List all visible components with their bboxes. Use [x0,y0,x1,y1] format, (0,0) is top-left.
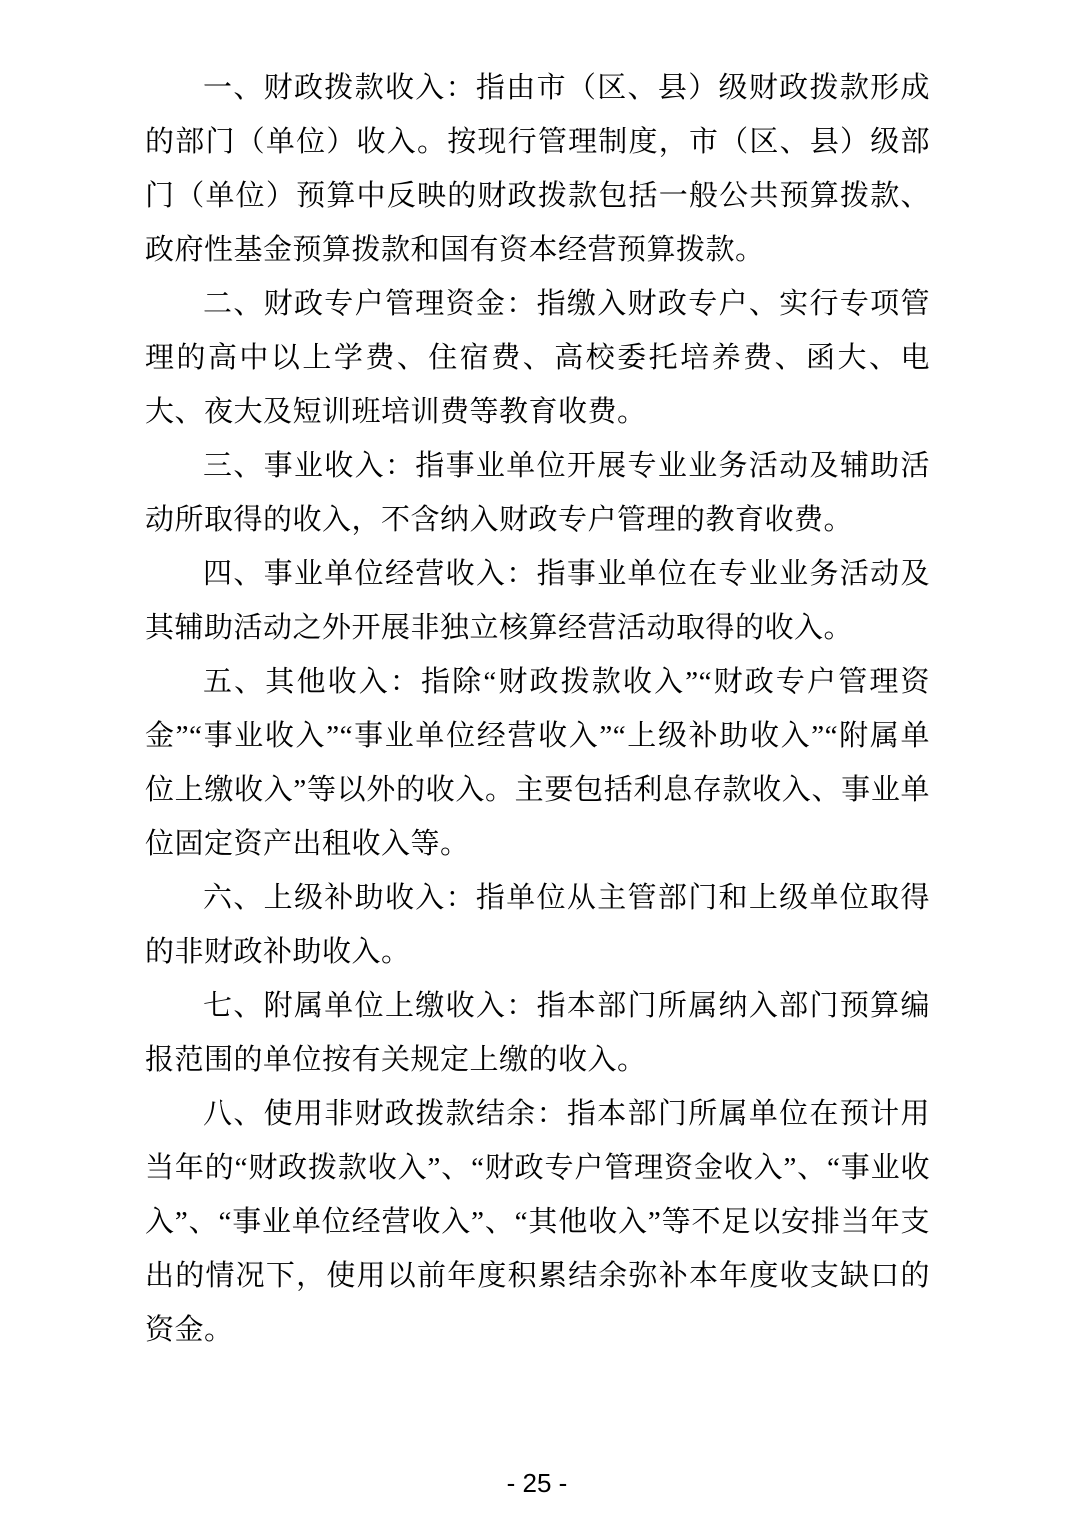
paragraph-7-affiliated-unit-remitted-income: 七、附属单位上缴收入：指本部门所属纳入部门预算编报范围的单位按有关规定上缴的收入… [145,979,930,1087]
paragraph-1-fiscal-appropriation-income: 一、财政拨款收入：指由市（区、县）级财政拨款形成的部门（单位）收入。按现行管理制… [145,61,930,277]
paragraph-5-other-income: 五、其他收入：指除“财政拨款收入”“财政专户管理资金”“事业收入”“事业单位经营… [145,655,930,871]
paragraph-8-use-of-non-fiscal-appropriation-surplus: 八、使用非财政拨款结余：指本部门所属单位在预计用当年的“财政拨款收入”、“财政专… [145,1087,930,1357]
paragraph-4-institutional-operating-income: 四、事业单位经营收入：指事业单位在专业业务活动及其辅助活动之外开展非独立核算经营… [145,547,930,655]
page-number: - 25 - [0,1468,1074,1499]
document-body: 一、财政拨款收入：指由市（区、县）级财政拨款形成的部门（单位）收入。按现行管理制… [145,61,930,1357]
document-page: 一、财政拨款收入：指由市（区、县）级财政拨款形成的部门（单位）收入。按现行管理制… [0,0,1074,1520]
paragraph-2-fiscal-special-account-funds: 二、财政专户管理资金：指缴入财政专户、实行专项管理的高中以上学费、住宿费、高校委… [145,277,930,439]
paragraph-6-superior-subsidy-income: 六、上级补助收入：指单位从主管部门和上级单位取得的非财政补助收入。 [145,871,930,979]
paragraph-3-institutional-income: 三、事业收入：指事业单位开展专业业务活动及辅助活动所取得的收入，不含纳入财政专户… [145,439,930,547]
